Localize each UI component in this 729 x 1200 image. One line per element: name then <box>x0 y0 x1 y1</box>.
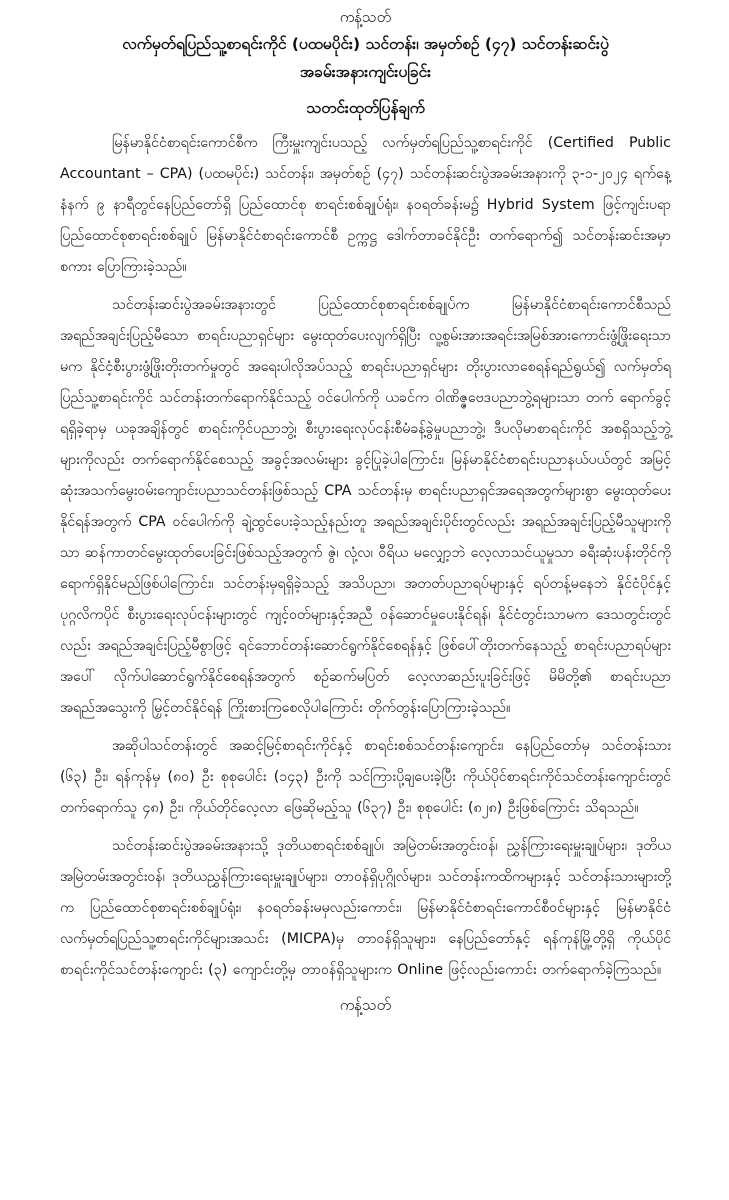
document-page: ကန့်သတ် လက်မှတ်ရပြည်သူ့စာရင်းကိုင် (ပထမပ… <box>0 0 729 1200</box>
body-paragraph-4: သင်တန်းဆင်းပွဲအခမ်းအနားသို့ ဒုတိယစာရင်းစ… <box>60 831 671 986</box>
press-release-heading: သတင်းထုတ်ပြန်ချက် <box>60 94 671 122</box>
body-paragraph-3: အဆိုပါသင်တန်းတွင် အဆင့်မြင့်စာရင်းကိုင်န… <box>60 731 671 824</box>
classification-footer: ကန့်သတ် <box>60 993 671 1017</box>
classification-header: ကန့်သတ် <box>60 0 671 28</box>
title-line-1: လက်မှတ်ရပြည်သူ့စာရင်းကိုင် (ပထမပိုင်း) သ… <box>60 30 671 58</box>
body-paragraph-2: သင်တန်းဆင်းပွဲအခမ်းအနားတွင် ပြည်ထောင်စုစ… <box>60 290 671 724</box>
document-title: လက်မှတ်ရပြည်သူ့စာရင်းကိုင် (ပထမပိုင်း) သ… <box>60 30 671 86</box>
body-paragraph-1: မြန်မာနိုင်ငံစာရင်းကောင်စီက ကြီးမှူးကျင်… <box>60 128 671 283</box>
title-line-2: အခမ်းအနားကျင်းပခြင်း <box>60 58 671 86</box>
